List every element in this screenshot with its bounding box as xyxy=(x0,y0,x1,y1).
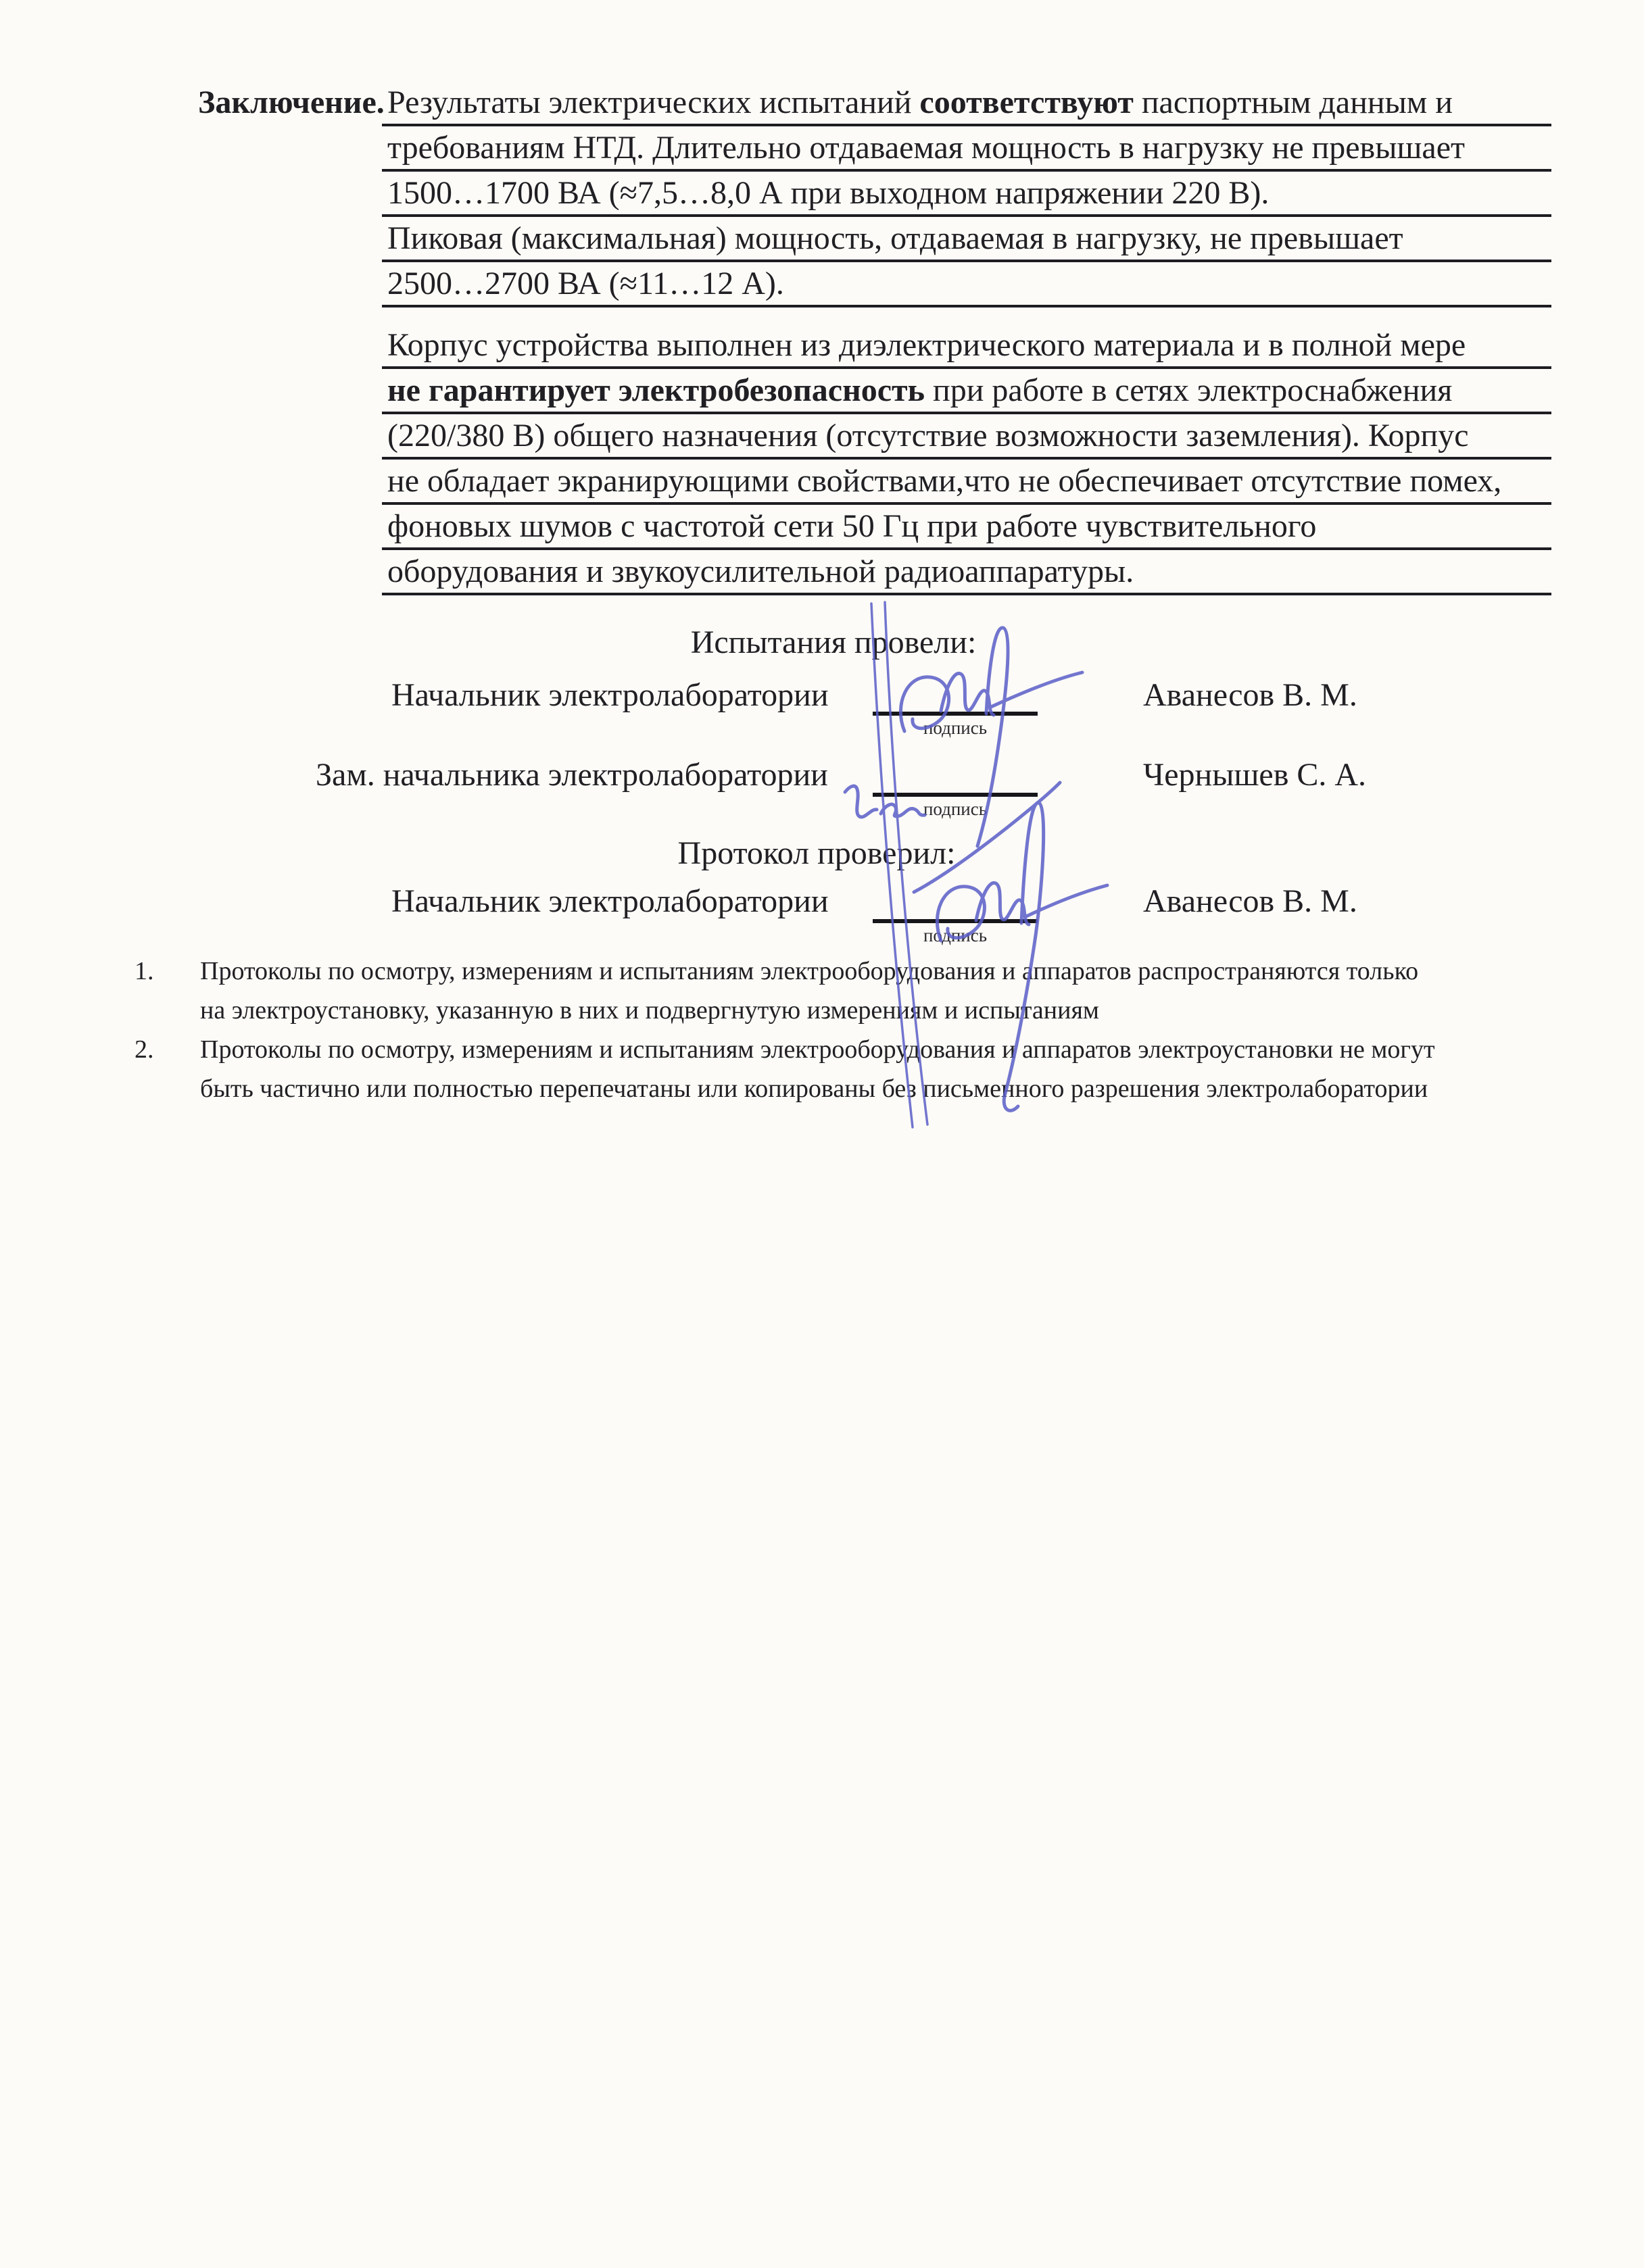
signature-line-2 xyxy=(873,793,1038,797)
conclusion-line: 1500…1700 ВА (≈7,5…8,0 А при выходном на… xyxy=(382,172,1551,217)
signer-role-1: Начальник электролаборатории xyxy=(391,678,829,714)
conclusion-line: оборудования и звукоусилительной радиоап… xyxy=(382,550,1551,595)
signature-line-3 xyxy=(873,919,1038,923)
conclusion-line: 2500…2700 ВА (≈11…12 А). xyxy=(382,262,1551,307)
footnote-text: Протоколы по осмотру, измерениям и испыт… xyxy=(200,952,1418,1030)
conclusion-line: не обладает экранирующими свойствами,что… xyxy=(382,460,1551,505)
signature-line-1 xyxy=(873,712,1038,716)
conclusion-line: (220/380 В) общего назначения (отсутстви… xyxy=(382,414,1551,460)
conclusion-line: фоновых шумов с частотой сети 50 Гц при … xyxy=(382,505,1551,550)
signature-caption-1: подпись xyxy=(873,718,1038,739)
footnote-line: быть частично или полностью перепечатаны… xyxy=(200,1069,1435,1108)
conclusion-line: не гарантирует электробезопасность при р… xyxy=(382,369,1551,414)
conclusion-line: Пиковая (максимальная) мощность, отдавае… xyxy=(382,217,1551,262)
footnotes: 1.Протоколы по осмотру, измерениям и исп… xyxy=(135,952,1595,1108)
conclusion-line: Результаты электрических испытаний соотв… xyxy=(382,81,1551,126)
signer-name-1: Аванесов В. М. xyxy=(1143,678,1357,714)
conclusion-paragraph-2: Корпус устройства выполнен из диэлектрич… xyxy=(382,324,1551,595)
signer-name-2: Чернышев С. А. xyxy=(1143,758,1366,793)
footnote-number: 1. xyxy=(135,952,200,1030)
conclusion-paragraph-1: Результаты электрических испытаний соотв… xyxy=(382,81,1551,307)
footnote-number: 2. xyxy=(135,1030,200,1108)
signature-caption-3: подпись xyxy=(873,926,1038,946)
footnote-line: на электроустановку, указанную в них и п… xyxy=(200,991,1418,1030)
footnote-item: 1.Протоколы по осмотру, измерениям и исп… xyxy=(135,952,1595,1030)
tests-performed-header: Испытания провели: xyxy=(387,625,1280,661)
footnote-line: Протоколы по осмотру, измерениям и испыт… xyxy=(200,1030,1435,1069)
scanned-protocol-page: Заключение. Результаты электрических исп… xyxy=(0,0,1644,2268)
protocol-checked-header: Протокол проверил: xyxy=(387,836,1246,872)
signer-role-2: Зам. начальника электролаборатории xyxy=(316,758,828,793)
footnote-item: 2.Протоколы по осмотру, измерениям и исп… xyxy=(135,1030,1595,1108)
signer-role-3: Начальник электролаборатории xyxy=(391,884,829,920)
conclusion-line: Корпус устройства выполнен из диэлектрич… xyxy=(382,324,1551,369)
footnote-line: Протоколы по осмотру, измерениям и испыт… xyxy=(200,952,1418,991)
conclusion-label: Заключение. xyxy=(198,81,385,124)
footnote-text: Протоколы по осмотру, измерениям и испыт… xyxy=(200,1030,1435,1108)
signer-name-3: Аванесов В. М. xyxy=(1143,884,1357,920)
conclusion-line: требованиям НТД. Длительно отдаваемая мо… xyxy=(382,126,1551,172)
signature-caption-2: подпись xyxy=(873,799,1038,820)
